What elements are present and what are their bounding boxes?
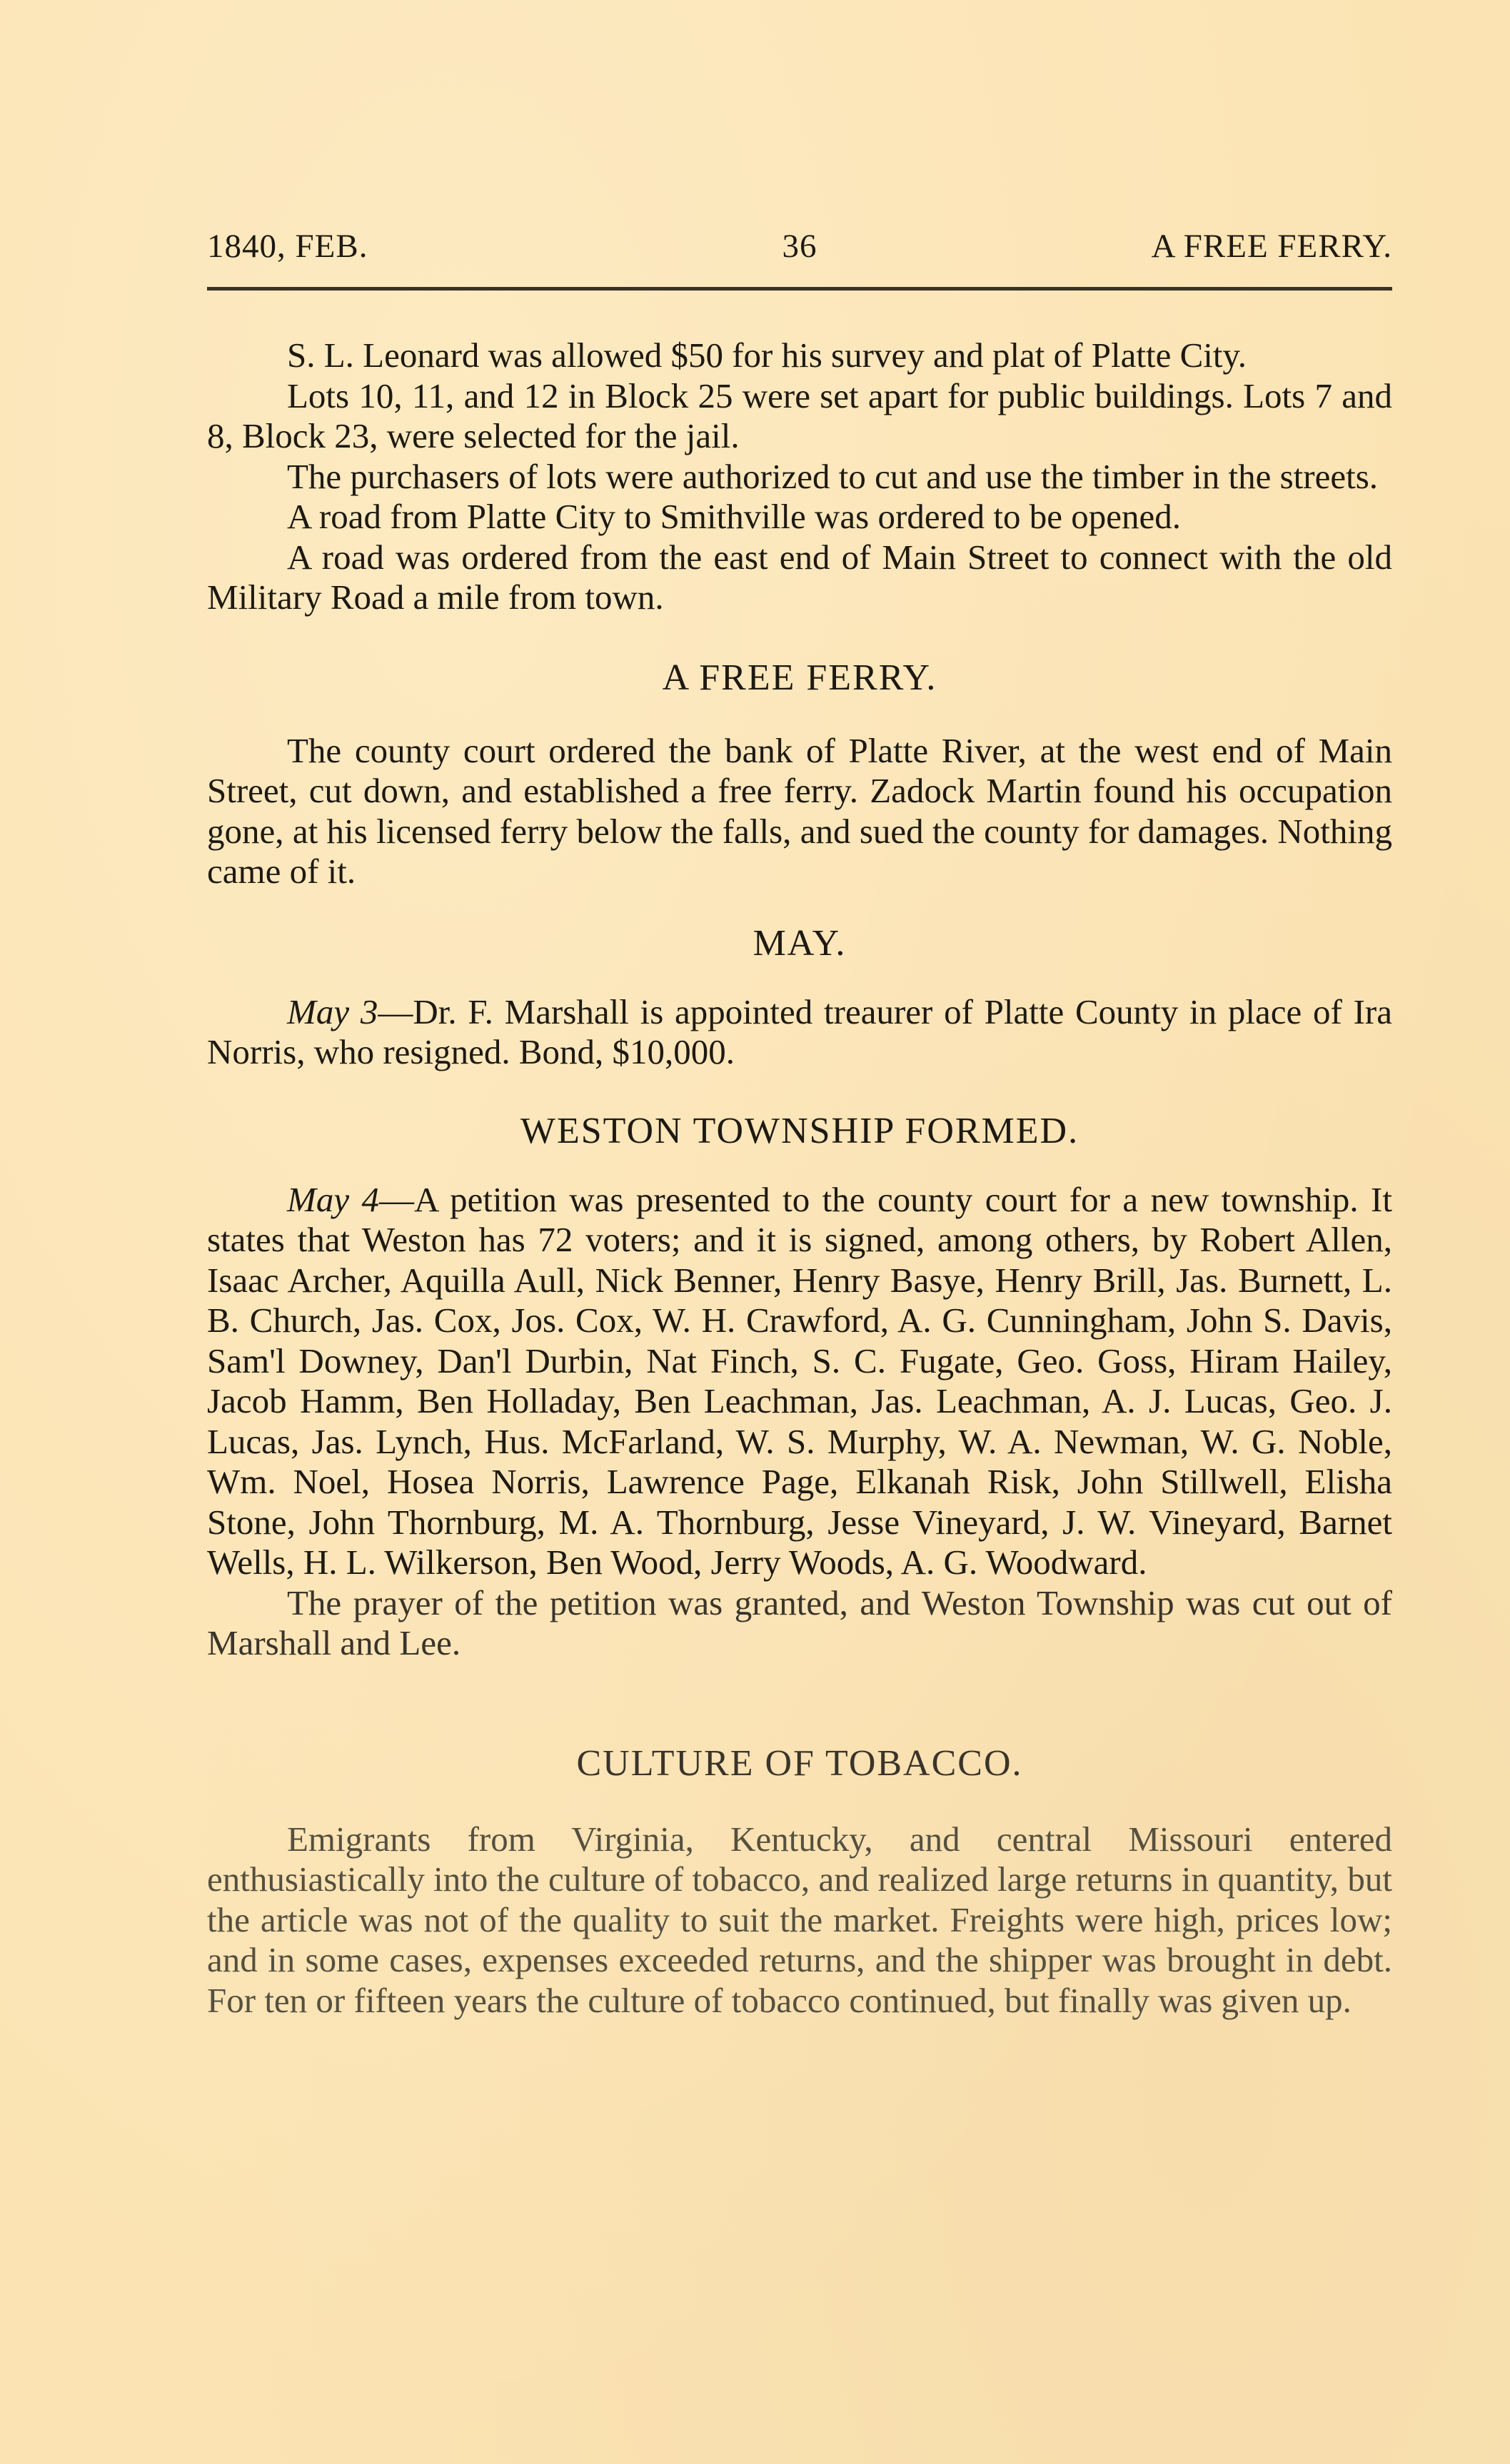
- entry-may-4: May 4—A petition was presented to the co…: [207, 1180, 1392, 1583]
- paragraph-public-lots: Lots 10, 11, and 12 in Block 25 were set…: [207, 376, 1392, 457]
- paragraph-petition-granted: The prayer of the petition was granted, …: [207, 1583, 1392, 1664]
- header-rule: [207, 287, 1392, 291]
- paragraph-timber: The purchasers of lots were authorized t…: [207, 457, 1392, 498]
- entry-may-3: May 3—Dr. F. Marshall is appointed treau…: [207, 992, 1392, 1073]
- heading-weston-township: WESTON TOWNSHIP FORMED.: [207, 1110, 1392, 1153]
- entry-text: —Dr. F. Marshall is appointed treaurer o…: [207, 992, 1392, 1072]
- paragraph-leonard-survey: S. L. Leonard was allowed $50 for his su…: [207, 335, 1392, 376]
- paragraph-military-road: A road was ordered from the east end of …: [207, 537, 1392, 618]
- page-body: S. L. Leonard was allowed $50 for his su…: [207, 335, 1392, 2021]
- entry-date: May 3: [287, 992, 378, 1031]
- entry-date: May 4: [287, 1180, 379, 1219]
- paragraph-free-ferry: The county court ordered the bank of Pla…: [207, 731, 1392, 892]
- entry-text: —A petition was presented to the county …: [207, 1180, 1392, 1582]
- heading-culture-of-tobacco: CULTURE OF TOBACCO.: [207, 1742, 1392, 1785]
- paragraph-tobacco: Emigrants from Virginia, Kentucky, and c…: [207, 1819, 1392, 2021]
- running-head: 1840, FEB. 36 A FREE FERRY.: [207, 227, 1392, 270]
- running-head-title: A FREE FERRY.: [1152, 227, 1392, 266]
- heading-may: MAY.: [207, 922, 1392, 965]
- heading-free-ferry: A FREE FERRY.: [207, 657, 1392, 700]
- paragraph-smithville-road: A road from Platte City to Smithville wa…: [207, 497, 1392, 537]
